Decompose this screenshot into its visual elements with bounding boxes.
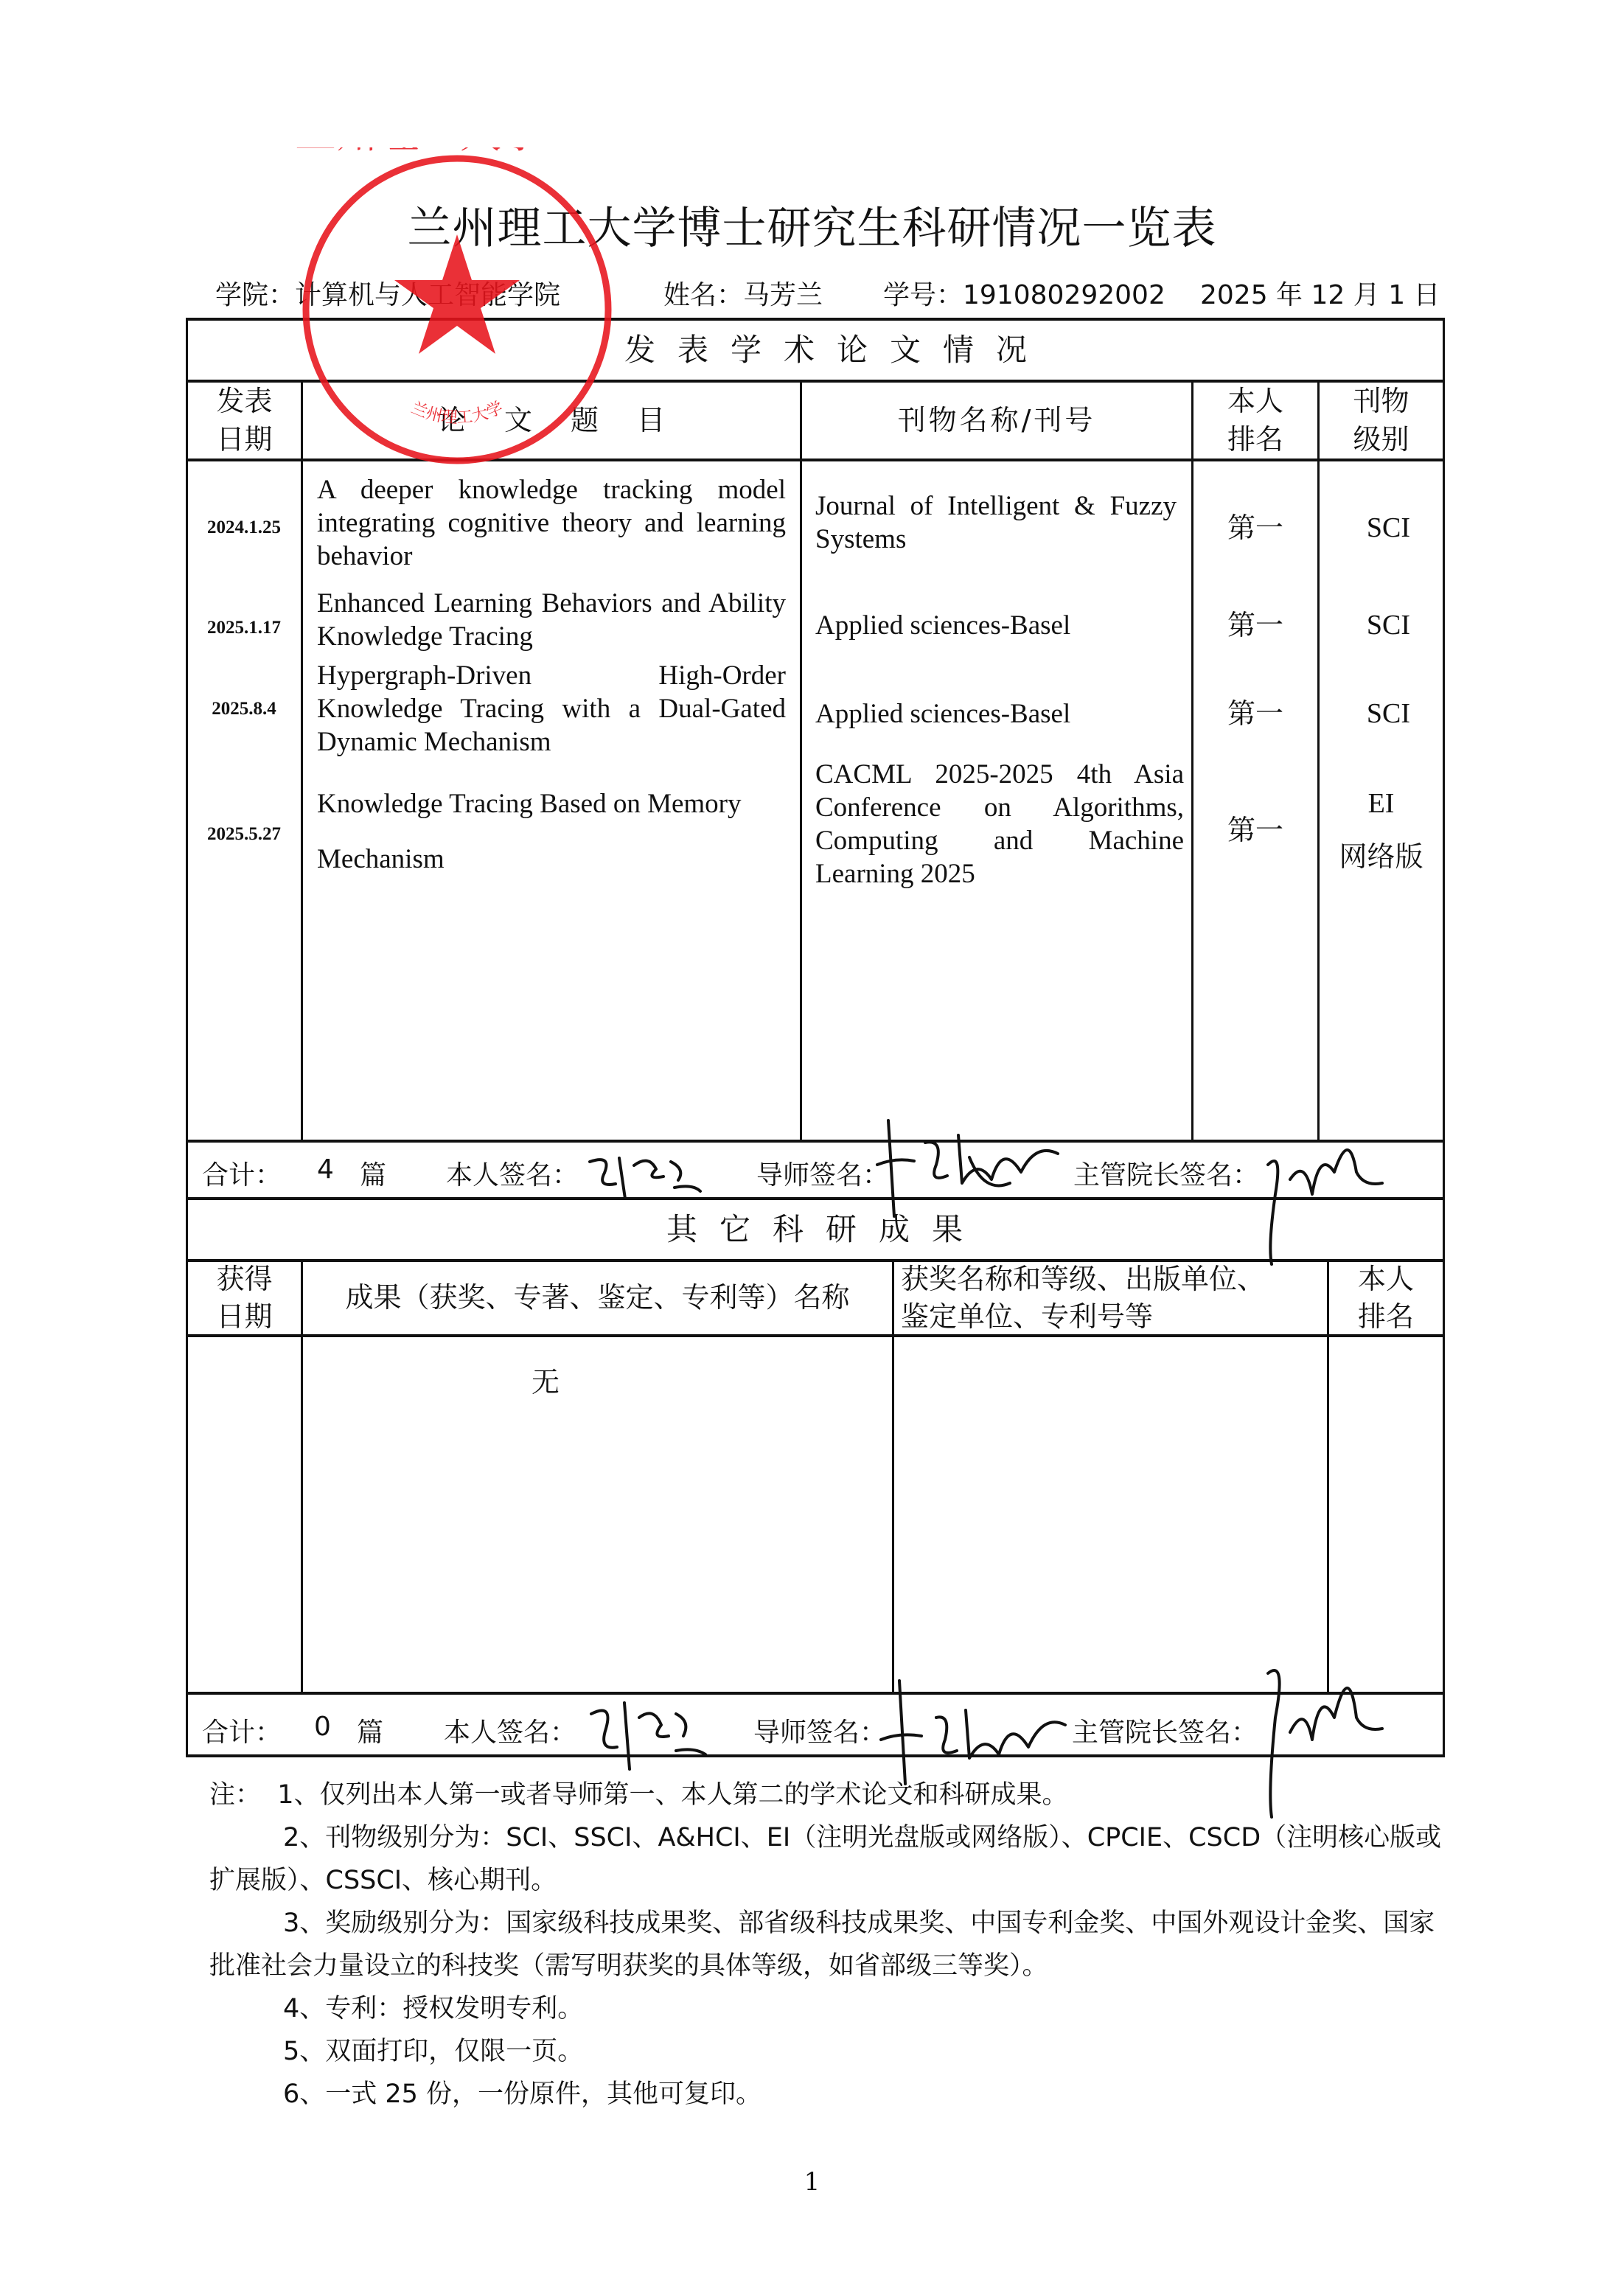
header-rank: 本人 排名 [1193,383,1317,459]
page-number: 1 [0,2167,1624,2197]
col-divider [1191,380,1193,1140]
paper-title: Hypergraph-Driven High-Order Knowledge T… [317,659,786,759]
header-publish-date: 发表 日期 [188,383,301,459]
header-award-detail: 获奖名称和等级、出版单位、 鉴定单位、专利号等 [901,1262,1327,1334]
note-item: 6、一式 25 份，一份原件，其他可复印。 [209,2073,1448,2116]
papers-total-unit: 篇 [360,1154,386,1192]
papers-total-count: 4 [317,1154,334,1185]
name-value: 马芳兰 [743,280,823,310]
note-item: 5、双面打印，仅限一页。 [209,2030,1448,2073]
notes-prefix: 注： [209,1780,261,1810]
other-total-count: 0 [314,1712,331,1742]
paper-title-line1: Knowledge Tracing Based on Memory [317,787,786,820]
paper-level: SCI [1327,501,1450,554]
paper-rank: 第一 [1193,501,1317,554]
student-id-field: 学号：191080292002 [883,274,1165,312]
papers-section-title: 发表学术论文情况 [188,321,1441,380]
col-divider [892,1259,894,1692]
name-field: 姓名：马芳兰 [663,274,823,312]
header-award-date: 获得 日期 [188,1262,301,1334]
col-divider [1317,380,1320,1140]
col-divider [800,380,802,1140]
other-section-title: 其它科研成果 [188,1200,1441,1259]
papers-total-label: 合计： [202,1154,282,1192]
paper-level-line1: EI [1320,777,1443,830]
other-total-label: 合计： [202,1712,282,1749]
paper-date: 2025.1.17 [186,618,302,638]
paper-journal: Applied sciences-Basel [815,609,1177,642]
header-achievement-name: 成果（获奖、专著、鉴定、专利等）名称 [303,1262,892,1334]
note-item: 3、奖励级别分为：国家级科技成果奖、部省级科技成果奖、中国专利金奖、中国外观设计… [209,1902,1448,1987]
paper-rank: 第一 [1193,687,1317,740]
paper-rank: 第一 [1193,599,1317,652]
student-id-value: 191080292002 [963,280,1165,310]
papers-advisor-sign-label: 导师签名： [756,1154,889,1192]
note-item: 4、专利：授权发明专利。 [209,1987,1448,2030]
paper-date: 2025.8.4 [186,699,302,719]
paper-date: 2025.5.27 [186,824,302,845]
rule [186,1692,1445,1695]
header-level: 刊物 级别 [1320,383,1443,459]
self-signature-icon-2 [584,1695,709,1777]
paper-title-line2: Mechanism [317,843,786,876]
college-value: 计算机与人工智能学院 [295,280,560,310]
paper-level-line2: 网络版 [1320,830,1443,883]
paper-journal: Applied sciences-Basel [815,697,1177,731]
paper-journal: Journal of Intelligent & Fuzzy Systems [815,489,1177,556]
paper-date: 2024.1.25 [186,517,302,538]
name-label: 姓名： [663,280,743,310]
notes-block: 注： 1、仅列出本人第一或者导师第一、本人第二的学术论文和科研成果。 2、刊物级… [209,1774,1448,2116]
college-field: 学院：计算机与人工智能学院 [215,274,560,312]
paper-level: SCI [1327,687,1450,740]
college-label: 学院： [215,280,295,310]
header-other-rank: 本人 排名 [1329,1262,1443,1334]
paper-level: SCI [1327,599,1450,652]
achievement-name-value: 无 [516,1361,575,1405]
note-item: 注： 1、仅列出本人第一或者导师第一、本人第二的学术论文和科研成果。 [209,1774,1448,1816]
svg-text:兰州理工大学: 兰州理工大学 [295,147,543,158]
other-dean-sign-label: 主管院长签名： [1072,1712,1258,1749]
col-divider [301,380,303,1140]
papers-self-sign-label: 本人签名： [446,1154,579,1192]
paper-rank: 第一 [1193,803,1317,857]
document-title: 兰州理工大学博士研究生科研情况一览表 [0,193,1624,257]
table-border-bottom [186,1754,1445,1757]
document-date: 2025 年 12 月 1 日 [1200,274,1440,312]
other-total-unit: 篇 [357,1712,383,1749]
header-paper-title: 论 文 题 目 [303,383,800,459]
paper-title: A deeper knowledge tracking model integr… [317,473,786,573]
paper-journal: CACML 2025-2025 4th Asia Conference on A… [815,758,1184,890]
note-item: 2、刊物级别分为：SCI、SSCI、A&HCI、EI（注明光盘版或网络版）、CP… [209,1816,1448,1902]
other-advisor-sign-label: 导师签名： [753,1712,886,1749]
rule [186,459,1445,461]
rule [186,1140,1445,1143]
papers-dean-sign-label: 主管院长签名： [1073,1154,1259,1192]
student-id-label: 学号： [883,280,963,310]
other-self-sign-label: 本人签名： [444,1712,576,1749]
paper-title: Enhanced Learning Behaviors and Ability … [317,587,786,653]
header-journal: 刊物名称/刊号 [802,383,1191,459]
